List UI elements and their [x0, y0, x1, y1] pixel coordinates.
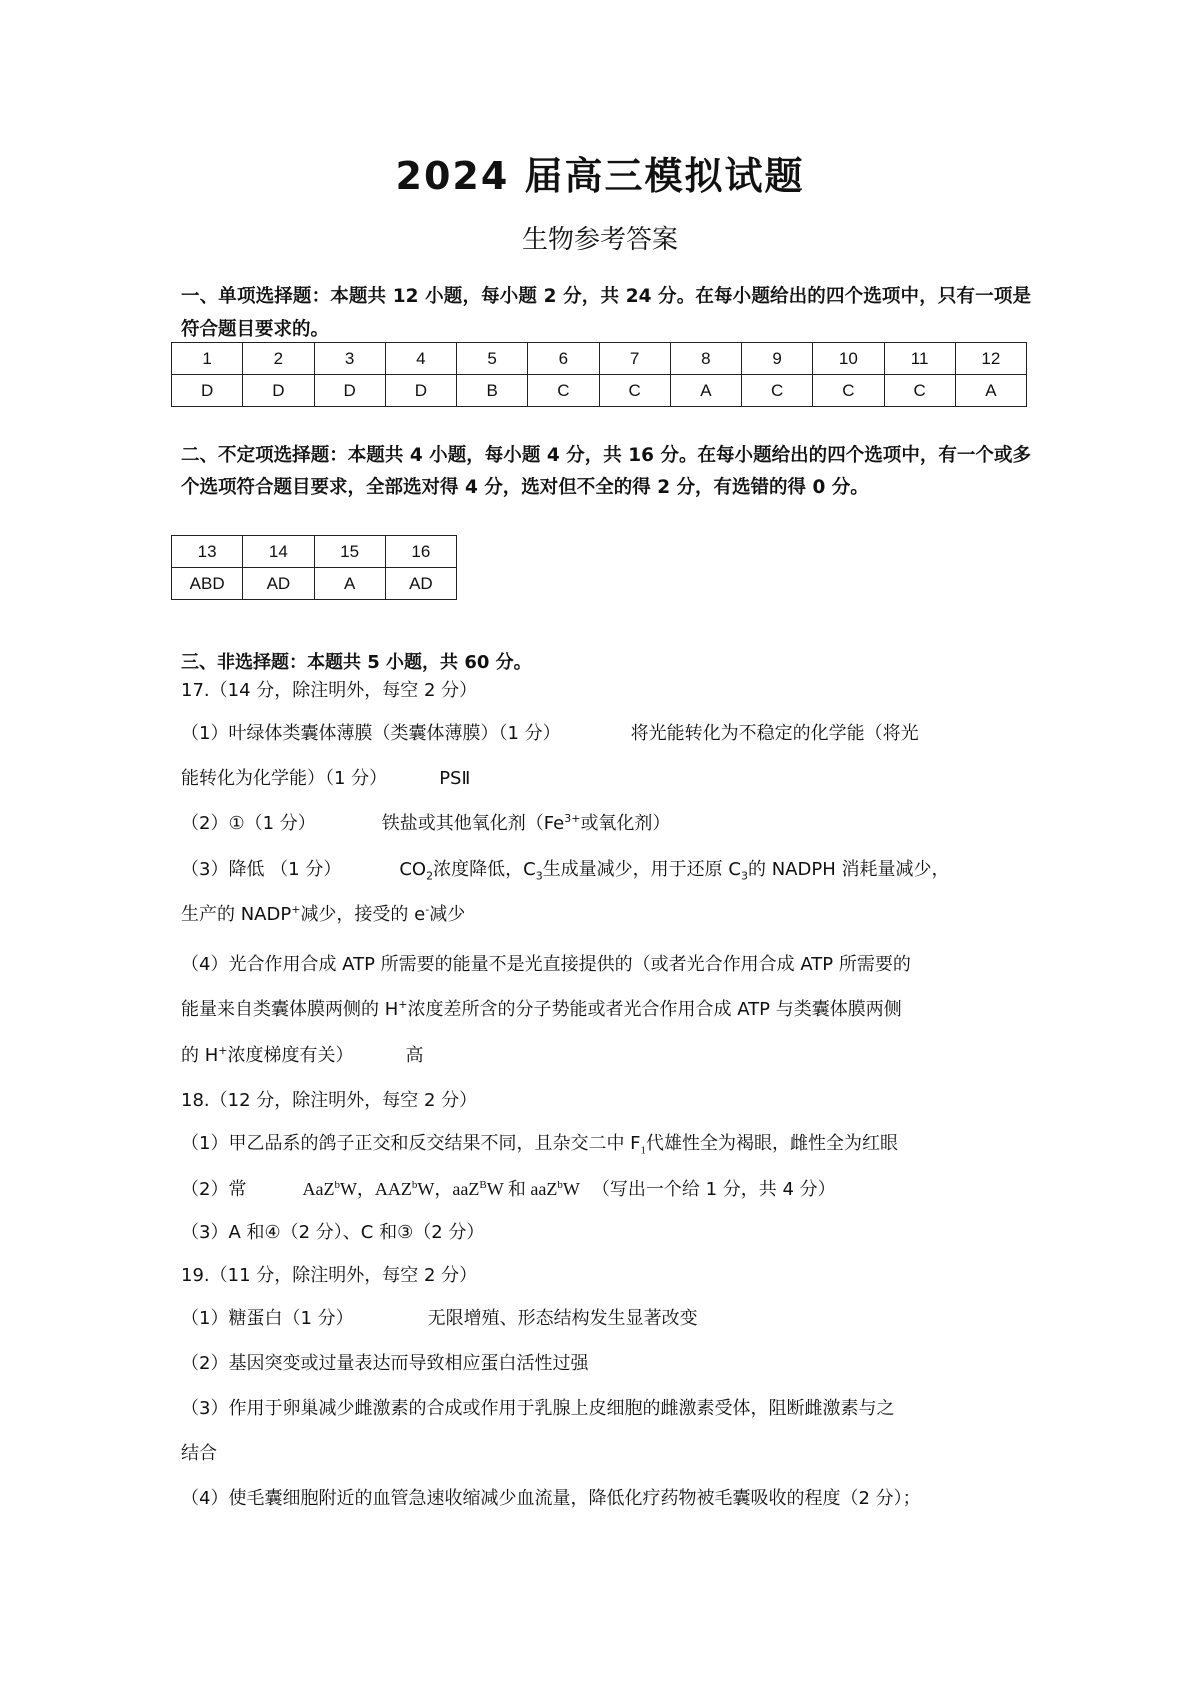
text: 生产的 NADP [181, 904, 291, 925]
question-number-row: 123456789101112 [172, 343, 1027, 375]
text: 浓度降低，C [433, 859, 536, 880]
q17-part3-line2: 生产的 NADP+减少，接受的 e-减少 [181, 902, 1041, 928]
genotype: W 和 aaZ [487, 1179, 558, 1199]
text: CO [399, 859, 426, 880]
superscript: 3+ [564, 812, 580, 825]
genotype: W，aaZ [417, 1179, 479, 1199]
q17-p2-answer-a: （2）①（1 分） [181, 813, 316, 834]
q17-p1-answer-d: PSⅡ [439, 768, 470, 789]
text: 能量来自类囊体膜两侧的 H [181, 999, 398, 1020]
q19-part4: （4）使毛囊细胞附近的血管急速收缩减少血流量，降低化疗药物被毛囊吸收的程度（2 … [181, 1486, 1041, 1512]
text: （1）甲乙品系的鸽子正交和反交结果不同，且杂交二中 F [181, 1133, 641, 1154]
q17-part4-line3: 的 H+浓度梯度有关）高 [181, 1043, 1041, 1069]
q18-part1: （1）甲乙品系的鸽子正交和反交结果不同，且杂交二中 F1代雄性全为褐眼，雌性全为… [181, 1131, 1041, 1157]
question-number-cell: 14 [243, 536, 314, 568]
answer-cell: A [670, 375, 741, 407]
question-number-cell: 13 [172, 536, 243, 568]
q17-header: 17.（14 分，除注明外，每空 2 分） [181, 678, 1041, 704]
q18-part3: （3）A 和④（2 分）、C 和③（2 分） [181, 1220, 1041, 1246]
section1-heading: 一、单项选择题：本题共 12 小题，每小题 2 分，共 24 分。在每小题给出的… [181, 280, 1031, 346]
q17-p1-answer-b: 将光能转化为不稳定的化学能（将光 [631, 723, 919, 744]
answer-cell: C [813, 375, 884, 407]
q17-p2-answer-b: 铁盐或其他氧化剂（Fe [382, 813, 564, 834]
text: 浓度差所含的分子势能或者光合作用合成 ATP 与类囊体膜两侧 [407, 999, 901, 1020]
section3-heading: 三、非选择题：本题共 5 小题，共 60 分。 [181, 650, 1041, 676]
answer-cell: A [955, 375, 1026, 407]
answer-cell: D [172, 375, 243, 407]
subscript: 3 [536, 870, 543, 883]
question-number-cell: 8 [670, 343, 741, 375]
genotype: AaZ [302, 1179, 334, 1199]
text: 生成量减少，用于还原 C [543, 859, 741, 880]
answer-cell: C [884, 375, 955, 407]
question-number-cell: 10 [813, 343, 884, 375]
answer-cell: D [385, 375, 456, 407]
q17-part4-line2: 能量来自类囊体膜两侧的 H+浓度差所含的分子势能或者光合作用合成 ATP 与类囊… [181, 997, 1041, 1023]
q17-part3-line1: （3）降低 （1 分）CO2浓度降低，C3生成量减少，用于还原 C3的 NADP… [181, 857, 1041, 883]
question-number-cell: 2 [243, 343, 314, 375]
text: 浓度梯度有关） [227, 1045, 353, 1066]
document-subtitle: 生物参考答案 [0, 222, 1200, 258]
q17-p3-answer-a: （3）降低 （1 分） [181, 859, 341, 880]
answer-cell: C [742, 375, 813, 407]
question-number-cell: 5 [457, 343, 528, 375]
question-number-cell: 12 [955, 343, 1026, 375]
question-number-cell: 15 [314, 536, 385, 568]
section2-heading: 二、不定项选择题：本题共 4 小题，每小题 4 分，共 16 分。在每小题给出的… [181, 440, 1031, 504]
q17-part4-line1: （4）光合作用合成 ATP 所需要的能量不是光直接提供的（或者光合作用合成 AT… [181, 952, 1041, 978]
question-number-cell: 9 [742, 343, 813, 375]
q17-part2: （2）①（1 分）铁盐或其他氧化剂（Fe3+或氧化剂） [181, 811, 1041, 837]
q19-part3-line1: （3）作用于卵巢减少雌激素的合成或作用于乳腺上皮细胞的雌激素受体，阻断雌激素与之 [181, 1396, 1041, 1422]
answer-cell: D [243, 375, 314, 407]
text: 无限增殖、形态结构发生显著改变 [428, 1308, 698, 1329]
question-number-cell: 16 [385, 536, 456, 568]
q18-header: 18.（12 分，除注明外，每空 2 分） [181, 1088, 1041, 1114]
text: （2）常 [181, 1179, 246, 1200]
answer-row: ABDADAAD [172, 568, 457, 600]
answer-cell: C [599, 375, 670, 407]
document-title: 2024 届高三模拟试题 [0, 152, 1200, 200]
q19-header: 19.（11 分，除注明外，每空 2 分） [181, 1263, 1041, 1289]
question-number-cell: 3 [314, 343, 385, 375]
scoring-note: （写出一个给 1 分，共 4 分） [592, 1179, 836, 1200]
text: 减少 [429, 904, 465, 925]
answer-cell: A [314, 568, 385, 600]
q17-p1-answer-a: （1）叶绿体类囊体薄膜（类囊体薄膜）（1 分） [181, 723, 561, 744]
genotype: W [563, 1179, 580, 1199]
answer-row: DDDDBCCACCCA [172, 375, 1027, 407]
q17-part1-line2: 能转化为化学能）（1 分）PSⅡ [181, 766, 1041, 792]
text: （1）糖蛋白（1 分） [181, 1308, 354, 1329]
subscript: 3 [741, 870, 748, 883]
q19-part3-line2: 结合 [181, 1441, 1041, 1467]
question-number-cell: 7 [599, 343, 670, 375]
answer-cell: B [457, 375, 528, 407]
question-number-cell: 11 [884, 343, 955, 375]
section2-answer-table: 13141516 ABDADAAD [171, 535, 457, 600]
question-number-cell: 4 [385, 343, 456, 375]
answer-cell: ABD [172, 568, 243, 600]
q17-part1-line1: （1）叶绿体类囊体薄膜（类囊体薄膜）（1 分）将光能转化为不稳定的化学能（将光 [181, 721, 1041, 747]
answer-cell: D [314, 375, 385, 407]
answer-key-page: 2024 届高三模拟试题 生物参考答案 一、单项选择题：本题共 12 小题，每小… [0, 0, 1200, 1698]
text: 代雄性全为褐眼，雌性全为红眼 [646, 1133, 898, 1154]
q17-p2-answer-b-tail: 或氧化剂） [580, 813, 670, 834]
answer-cell: AD [243, 568, 314, 600]
text: 减少，接受的 e [300, 904, 425, 925]
section1-answer-table: 123456789101112 DDDDBCCACCCA [171, 342, 1027, 407]
q19-part2: （2）基因突变或过量表达而导致相应蛋白活性过强 [181, 1351, 1041, 1377]
question-number-cell: 1 [172, 343, 243, 375]
superscript: B [479, 1179, 486, 1191]
question-number-row: 13141516 [172, 536, 457, 568]
text: 高 [405, 1045, 423, 1066]
text: 的 NADPH 消耗量减少， [748, 859, 949, 880]
q19-part1: （1）糖蛋白（1 分）无限增殖、形态结构发生显著改变 [181, 1306, 1041, 1332]
question-number-cell: 6 [528, 343, 599, 375]
answer-cell: C [528, 375, 599, 407]
text: 的 H [181, 1045, 218, 1066]
q18-part2: （2）常AaZbW，AAZbW，aaZBW 和 aaZbW（写出一个给 1 分，… [181, 1176, 1041, 1203]
q17-p1-answer-c: 能转化为化学能）（1 分） [181, 768, 387, 789]
genotype: W，AAZ [340, 1179, 412, 1199]
answer-cell: AD [385, 568, 456, 600]
